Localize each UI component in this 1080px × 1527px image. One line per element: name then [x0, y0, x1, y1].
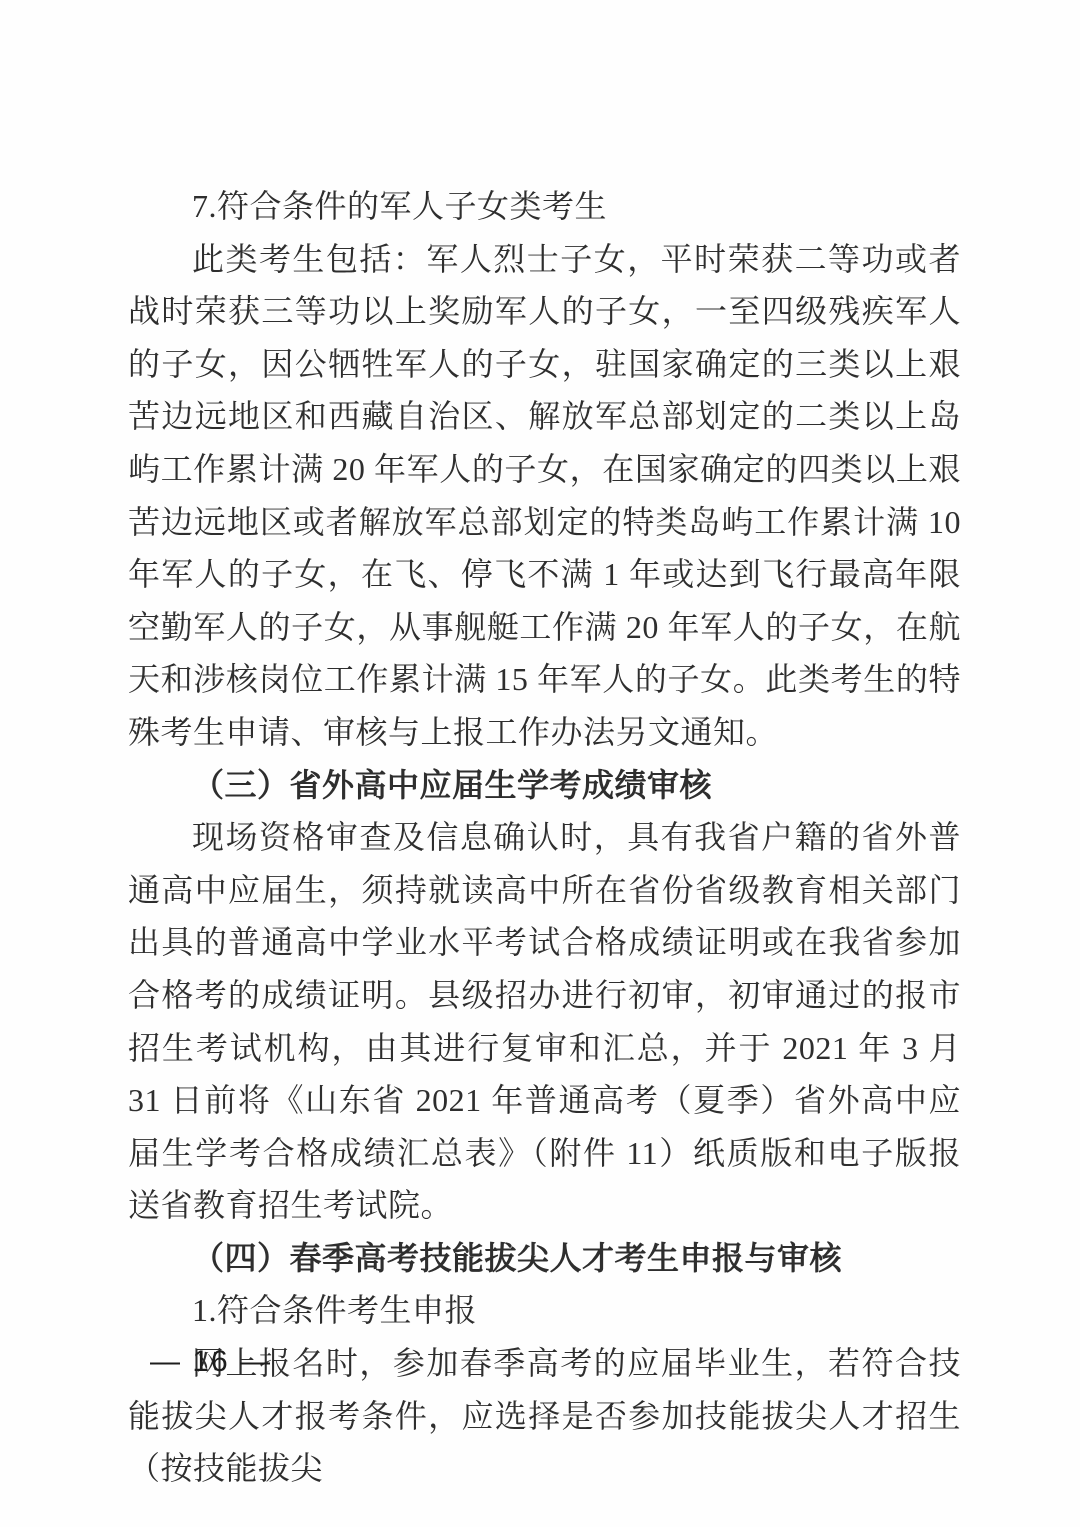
page-number: — 16 —	[150, 1345, 272, 1379]
document-page: 7.符合条件的军人子女类考生 此类考生包括：军人烈士子女，平时荣获二等功或者战时…	[0, 0, 1080, 1527]
subitem-1-heading: 1.符合条件考生申报	[128, 1284, 961, 1337]
section-3-heading: （三）省外高中应届生学考成绩审核	[128, 759, 961, 812]
section-4-heading: （四）春季高考技能拔尖人才考生申报与审核	[128, 1232, 961, 1285]
subitem-7-heading: 7.符合条件的军人子女类考生	[128, 180, 961, 233]
document-body: 7.符合条件的军人子女类考生 此类考生包括：军人烈士子女，平时荣获二等功或者战时…	[128, 180, 961, 1495]
body-paragraph-military-children: 此类考生包括：军人烈士子女，平时荣获二等功或者战时荣获三等功以上奖励军人的子女，…	[128, 233, 961, 759]
body-paragraph-out-of-province-review: 现场资格审查及信息确认时，具有我省户籍的省外普通高中应届生，须持就读高中所在省份…	[128, 811, 961, 1232]
